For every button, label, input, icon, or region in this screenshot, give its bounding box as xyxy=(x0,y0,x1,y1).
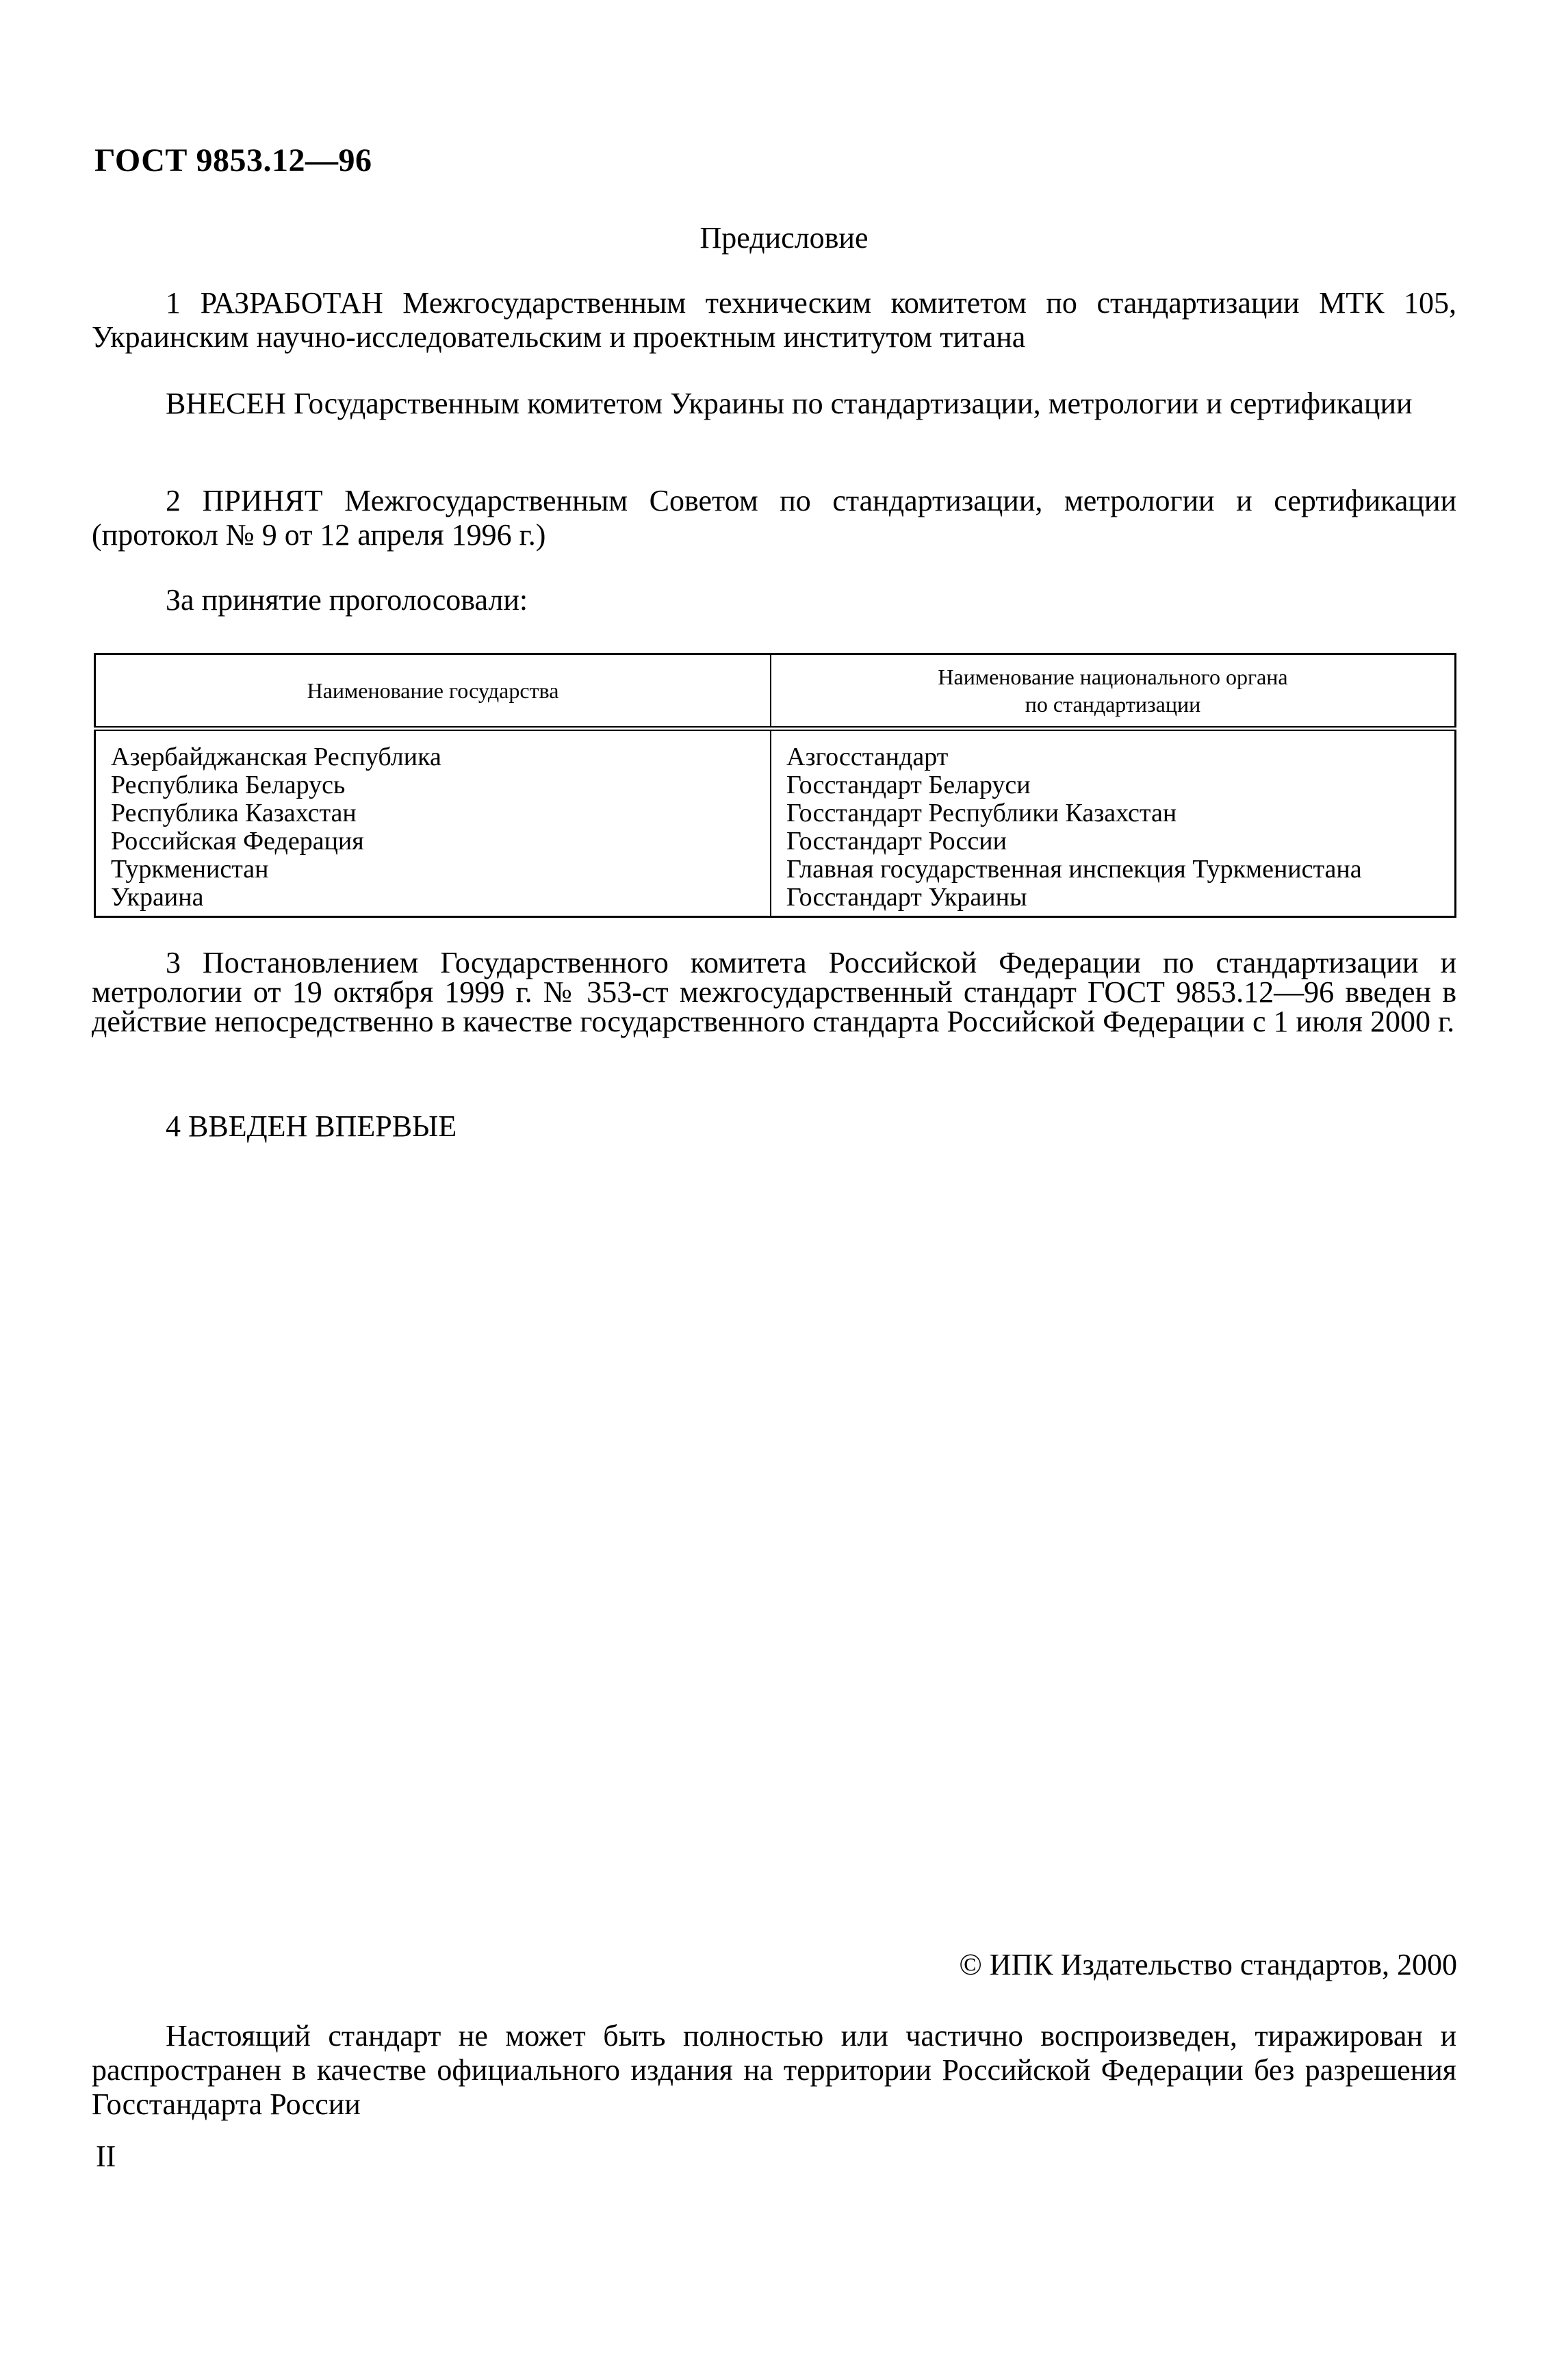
table-header-row: Наименование государства Наименование на… xyxy=(95,654,1456,729)
states-column: Азербайджанская Республика Республика Бе… xyxy=(95,729,771,917)
column-header-national-body: Наименование национального органа по ста… xyxy=(771,654,1456,729)
table-cell-state: Туркменистан xyxy=(111,856,755,884)
paragraph-adopted-by: 2 ПРИНЯТ Межгосударственным Советом по с… xyxy=(92,484,1456,552)
reproduction-notice: Настоящий стандарт не может быть полност… xyxy=(92,2019,1456,2122)
column-header-line: по стандартизации xyxy=(771,691,1454,718)
paragraph-voted-intro: За принятие проголосовали: xyxy=(92,583,1456,617)
table-cell-body: Госстандарт России xyxy=(786,827,1439,856)
column-header-state: Наименование государства xyxy=(95,654,771,729)
national-bodies-column: Азгосстандарт Госстандарт Беларуси Госст… xyxy=(771,729,1456,917)
column-header-line: Наименование национального органа xyxy=(771,663,1454,691)
copyright-notice: © ИПК Издательство стандартов, 2000 xyxy=(959,1947,1457,1982)
table-cell-state: Украина xyxy=(111,884,755,912)
paragraph-introduced-by: ВНЕСЕН Государственным комитетом Украины… xyxy=(92,387,1456,421)
table-cell-body: Азгосстандарт xyxy=(786,743,1439,771)
voting-states-table: Наименование государства Наименование на… xyxy=(94,653,1456,918)
page-number: II xyxy=(96,2139,116,2174)
section-title: Предисловие xyxy=(0,220,1568,255)
paragraph-developed-by: 1 РАЗРАБОТАН Межгосударственным техничес… xyxy=(92,286,1456,355)
table-cell-body: Госстандарт Республики Казахстан xyxy=(786,799,1439,827)
document-page: ГОСТ 9853.12—96 Предисловие 1 РАЗРАБОТАН… xyxy=(0,0,1568,2366)
table-cell-state: Азербайджанская Республика xyxy=(111,743,755,771)
table-cell-state: Республика Беларусь xyxy=(111,771,755,799)
document-code: ГОСТ 9853.12—96 xyxy=(94,142,372,179)
table-cell-body: Госстандарт Беларуси xyxy=(786,771,1439,799)
table-cell-state: Российская Федерация xyxy=(111,827,755,856)
table-cell-body: Главная государственная инспекция Туркме… xyxy=(786,856,1439,884)
table-cell-state: Республика Казахстан xyxy=(111,799,755,827)
table-body: Азербайджанская Республика Республика Бе… xyxy=(95,729,1456,917)
paragraph-resolution: 3 Постановлением Государственного комите… xyxy=(92,948,1456,1036)
paragraph-first-introduced: 4 ВВЕДЕН ВПЕРВЫЕ xyxy=(92,1109,1456,1144)
table-cell-body: Госстандарт Украины xyxy=(786,884,1439,912)
